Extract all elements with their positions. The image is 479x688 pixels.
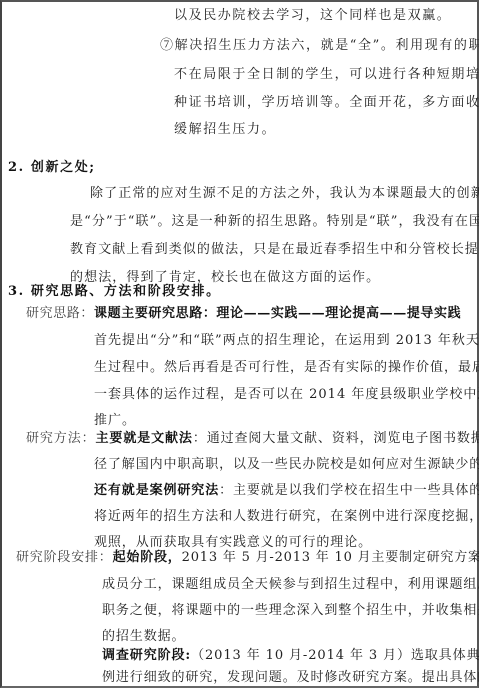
paragraph-line: 例进行细致的研究，发现问题。及时修改研究方案。提出具体的可行 — [102, 670, 479, 686]
paragraph-line: 除了正常的应对生源不足的方法之外，我认为本课题最大的创新之处就 — [90, 186, 479, 202]
initial-stage-text: 2013 年 5 月-2013 年 10 月主要制定研究方案，进行课题组 — [182, 550, 479, 565]
research-thinking-label: 研究思路： — [26, 306, 94, 321]
research-stages-label: 研究阶段安排： — [16, 550, 113, 565]
initial-stage-title: 起始阶段， — [113, 550, 182, 565]
circled-number-marker: ⑦ — [160, 38, 175, 53]
survey-stage-text: （2013 年 10 月-2014 年 3 月）选取具体典型的招生案 — [191, 648, 479, 663]
survey-stage-title: 调查研究阶段: — [102, 648, 191, 663]
paragraph-line: 成员分工，课题组成员全天候参与到招生过程中，利用课题组成员的 — [102, 577, 479, 593]
paragraph-line: 首先提出“分”和“联”两点的招生理论，在运用到 2013 年秋天的招 — [94, 333, 479, 349]
paragraph-line: 种证书培训，学历培训等。全面开花，多方面收获从而 — [174, 95, 479, 111]
survey-stage-row: 调查研究阶段:（2013 年 10 月-2014 年 3 月）选取具体典型的招生… — [102, 648, 479, 664]
research-methods-row: 研究方法：主要就是文献法：通过查阅大量文献、资料，浏览电子图书数据库等途 — [26, 431, 479, 447]
paragraph-line: 径了解国内中职高职，以及一些民办院校是如何应对生源缺少的现状； — [94, 457, 479, 473]
paragraph-line: 是“分”于“联”。这是一种新的招生思路。特别是“联”，我没有在国内的 — [70, 214, 479, 230]
paragraph-line: 推广。 — [94, 413, 136, 429]
paragraph-line: 生过程中。然后再看是否可行性，是否有实际的操作价值，最后总结 — [94, 360, 479, 376]
case-method-text: ：主要就是以我们学校在招生中一些具体的措施， — [219, 483, 479, 498]
paragraph-line: 的招生数据。 — [102, 629, 185, 645]
case-method-row: 还有就是案例研究法：主要就是以我们学校在招生中一些具体的措施， — [94, 483, 479, 499]
research-thinking-row: 研究思路：课题主要研究思路：理论——实践——理论提高——提导实践 — [26, 306, 461, 322]
document-page: 以及民办院校去学习，这个同样也是双赢。 ⑦解决招生压力方法六，就是“全”。利用现… — [0, 0, 479, 688]
paragraph-line: 不在局限于全日制的学生，可以进行各种短期培训，各 — [174, 67, 479, 83]
research-stages-row: 研究阶段安排：起始阶段，2013 年 5 月-2013 年 10 月主要制定研究… — [16, 550, 479, 566]
paragraph-line: 缓解招生压力。 — [174, 122, 276, 138]
literature-method-text: ：通过查阅大量文献、资料，浏览电子图书数据库等途 — [193, 431, 479, 446]
paragraph-line: 观照，从而获取具有实践意义的可行的理论。 — [94, 535, 372, 551]
research-thinking-summary: 课题主要研究思路：理论——实践——理论提高——提导实践 — [94, 306, 461, 321]
research-methods-label: 研究方法： — [26, 431, 96, 446]
paragraph-line: 一套具体的运作过程，是否可以在 2014 年度县级职业学校中进行试点 — [94, 387, 479, 403]
paragraph-line: 职务之便，将课题中的一些理念深入到整个招生中，并收集相关年份 — [102, 603, 479, 619]
list-item-7: ⑦解决招生压力方法六，就是“全”。利用现有的职教资源， — [160, 38, 479, 54]
section-heading-research: 3. 研究思路、方法和阶段安排。 — [8, 284, 221, 300]
section-heading-innovation: 2. 创新之处; — [8, 160, 96, 176]
paragraph-line: 教育文献上看到类似的做法，只是在最近春季招生中和分管校长提及了自己 — [70, 242, 479, 258]
paragraph-line: 以及民办院校去学习，这个同样也是双赢。 — [174, 8, 451, 24]
literature-method-title: 主要就是文献法 — [96, 431, 193, 446]
paragraph-line: 将近两年的招生方法和人数进行研究，在案例中进行深度挖掘，多维 — [94, 509, 479, 525]
paragraph-line: 解决招生压力方法六，就是“全”。利用现有的职教资源， — [175, 38, 479, 53]
case-method-title: 还有就是案例研究法 — [94, 483, 219, 498]
